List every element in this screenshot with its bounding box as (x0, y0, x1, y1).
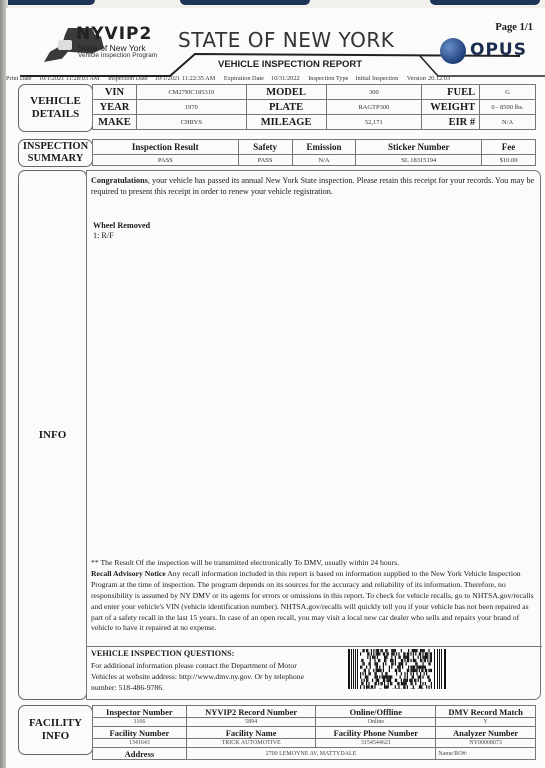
dmv-record-match-value: Y (436, 718, 536, 727)
section-label-line: VEHICLE (30, 95, 81, 108)
table-row: Address 2700 LEMOYNE AV, MATTYDALE Name/… (93, 748, 536, 760)
opus-logo: OPUS (440, 38, 535, 64)
date-line: Print Date10/1/2021 11:28:03 AM Inspecti… (6, 75, 545, 82)
inspector-number-value: 3166 (93, 718, 187, 727)
print-date-label: Print Date (6, 75, 32, 82)
version-value: 20.12.03 (428, 75, 450, 82)
emission-value: N/A (292, 155, 356, 166)
inspection-date-value: 10/1/2021 11:22:35 AM (155, 75, 216, 82)
globe-icon (440, 38, 466, 64)
page-title: STATE OF NEW YORK (178, 28, 394, 52)
facility-info-table: Inspector Number NYVIP2 Record Number On… (92, 705, 536, 760)
inspection-result-header: Inspection Result (93, 140, 239, 155)
divider (87, 646, 542, 647)
year-value: 1970 (136, 100, 246, 115)
make-label: MAKE (93, 115, 137, 130)
facility-name-value: TRICK AUTOMOTIVE (186, 739, 316, 748)
vehicle-details-table: VIN CM27I0C185310 MODEL 300 FUEL G YEAR … (92, 84, 536, 130)
analyzer-number-header: Analyzer Number (436, 727, 536, 739)
questions-heading: VEHICLE INSPECTION QUESTIONS: (91, 649, 234, 658)
vin-label: VIN (93, 85, 137, 100)
congratulations-text: , your vehicle has passed its annual New… (91, 176, 534, 196)
inspection-type-value: Initial Inspection (355, 75, 398, 82)
wheel-removed-value: 1: R/F (93, 231, 114, 240)
emission-header: Emission (292, 140, 356, 155)
section-label-line: FACILITY (29, 717, 82, 730)
table-row: VIN CM27I0C185310 MODEL 300 FUEL G (93, 85, 536, 100)
info-label: INFO (18, 170, 87, 700)
plate-value: RAGTP300 (326, 100, 422, 115)
dmv-record-match-header: DMV Record Match (436, 706, 536, 718)
recall-advisory-bold: Recall Advisory Notice (91, 569, 166, 578)
inspection-summary-table: Inspection Result Safety Emission Sticke… (92, 139, 536, 166)
table-header-row: Inspection Result Safety Emission Sticke… (93, 140, 536, 155)
logo-brand: NYVIP2 (76, 24, 152, 44)
address-label: Address (93, 748, 187, 760)
transmit-note: ** The Result Of the inspection will be … (91, 558, 541, 569)
facility-info-label: FACILITYINFO (18, 705, 93, 755)
fuel-value: G (480, 85, 536, 100)
inspection-type-label: Inspection Type (308, 75, 348, 82)
pdf417-barcode (348, 649, 446, 689)
record-number-header: NYVIP2 Record Number (186, 706, 316, 718)
fee-value: $10.00 (482, 155, 536, 166)
inspection-receipt: NYVIP2 State of New York Vehicle Inspect… (6, 8, 545, 768)
mileage-label: MILEAGE (246, 115, 326, 130)
wheel-removed-heading: Wheel Removed (93, 221, 150, 230)
report-subtitle: VEHICLE INSPECTION REPORT (218, 59, 362, 70)
table-header-row: Inspector Number NYVIP2 Record Number On… (93, 706, 536, 718)
fuel-label: FUEL (422, 85, 480, 100)
make-value: CHRYS (136, 115, 246, 130)
plate-label: PLATE (246, 100, 326, 115)
expiration-date-value: 10/31/2022 (271, 75, 300, 82)
safety-header: Safety (238, 140, 292, 155)
inspection-summary-label: INSPECTIONSUMMARY (18, 139, 93, 167)
sticker-number-header: Sticker Number (356, 140, 482, 155)
mileage-value: 52,171 (326, 115, 422, 130)
fee-header: Fee (482, 140, 536, 155)
expiration-date-label: Expiration Date (224, 75, 264, 82)
recall-notice: ** The Result Of the inspection will be … (91, 558, 541, 634)
safety-value: PASS (238, 155, 292, 166)
facility-phone-value: 3154544621 (316, 739, 436, 748)
facility-number-value: 1341643 (93, 739, 187, 748)
facility-number-header: Facility Number (93, 727, 187, 739)
table-row: 1341643 TRICK AUTOMOTIVE 3154544621 NY00… (93, 739, 536, 748)
vin-value: CM27I0C185310 (136, 85, 246, 100)
report-header: NYVIP2 State of New York Vehicle Inspect… (6, 8, 545, 82)
recall-advisory-text: Any recall information included in this … (91, 569, 534, 633)
weight-label: WEIGHT (422, 100, 480, 115)
model-value: 300 (326, 85, 422, 100)
section-label-line: INFO (29, 730, 82, 743)
version-label: Version (407, 75, 426, 82)
model-label: MODEL (246, 85, 326, 100)
table-row: YEAR 1970 PLATE RAGTP300 WEIGHT 0 - 8500… (93, 100, 536, 115)
facility-name-header: Facility Name (186, 727, 316, 739)
eir-label: EIR # (422, 115, 480, 130)
weight-value: 0 - 8500 lbs. (480, 100, 536, 115)
page-number: Page 1/1 (495, 22, 533, 33)
eir-value: N/A (480, 115, 536, 130)
table-row: 3166 5894 Online Y (93, 718, 536, 727)
inspector-number-header: Inspector Number (93, 706, 187, 718)
analyzer-number-value: NY00008073 (436, 739, 536, 748)
table-row: MAKE CHRYS MILEAGE 52,171 EIR # N/A (93, 115, 536, 130)
online-offline-value: Online (316, 718, 436, 727)
congratulations-message: Congratulations, your vehicle has passed… (91, 175, 541, 197)
section-label-text: INFO (39, 429, 67, 442)
year-label: YEAR (93, 100, 137, 115)
sticker-number-value: SL 18315194 (356, 155, 482, 166)
table-row: PASS PASS N/A SL 18315194 $10.00 (93, 155, 536, 166)
questions-text: For additional information please contac… (91, 660, 321, 693)
background-edge (0, 0, 545, 6)
table-header-row: Facility Number Facility Name Facility P… (93, 727, 536, 739)
address-value: 2700 LEMOYNE AV, MATTYDALE (186, 748, 435, 760)
facility-phone-header: Facility Phone Number (316, 727, 436, 739)
section-label-line: INSPECTION (23, 141, 88, 153)
name-ro-label: Name/RO#: (436, 748, 536, 760)
inspection-result-value: PASS (93, 155, 239, 166)
section-label-line: SUMMARY (23, 153, 88, 165)
section-label-line: DETAILS (30, 108, 81, 121)
record-number-value: 5894 (186, 718, 316, 727)
info-content: Congratulations, your vehicle has passed… (86, 170, 541, 700)
online-offline-header: Online/Offline (316, 706, 436, 718)
congratulations-bold: Congratulations (91, 176, 148, 185)
opus-wordmark: OPUS (470, 40, 527, 60)
inspection-date-label: Inspection Date (108, 75, 148, 82)
vehicle-details-label: VEHICLEDETAILS (18, 84, 93, 132)
print-date-value: 10/1/2021 11:28:03 AM (39, 75, 100, 82)
